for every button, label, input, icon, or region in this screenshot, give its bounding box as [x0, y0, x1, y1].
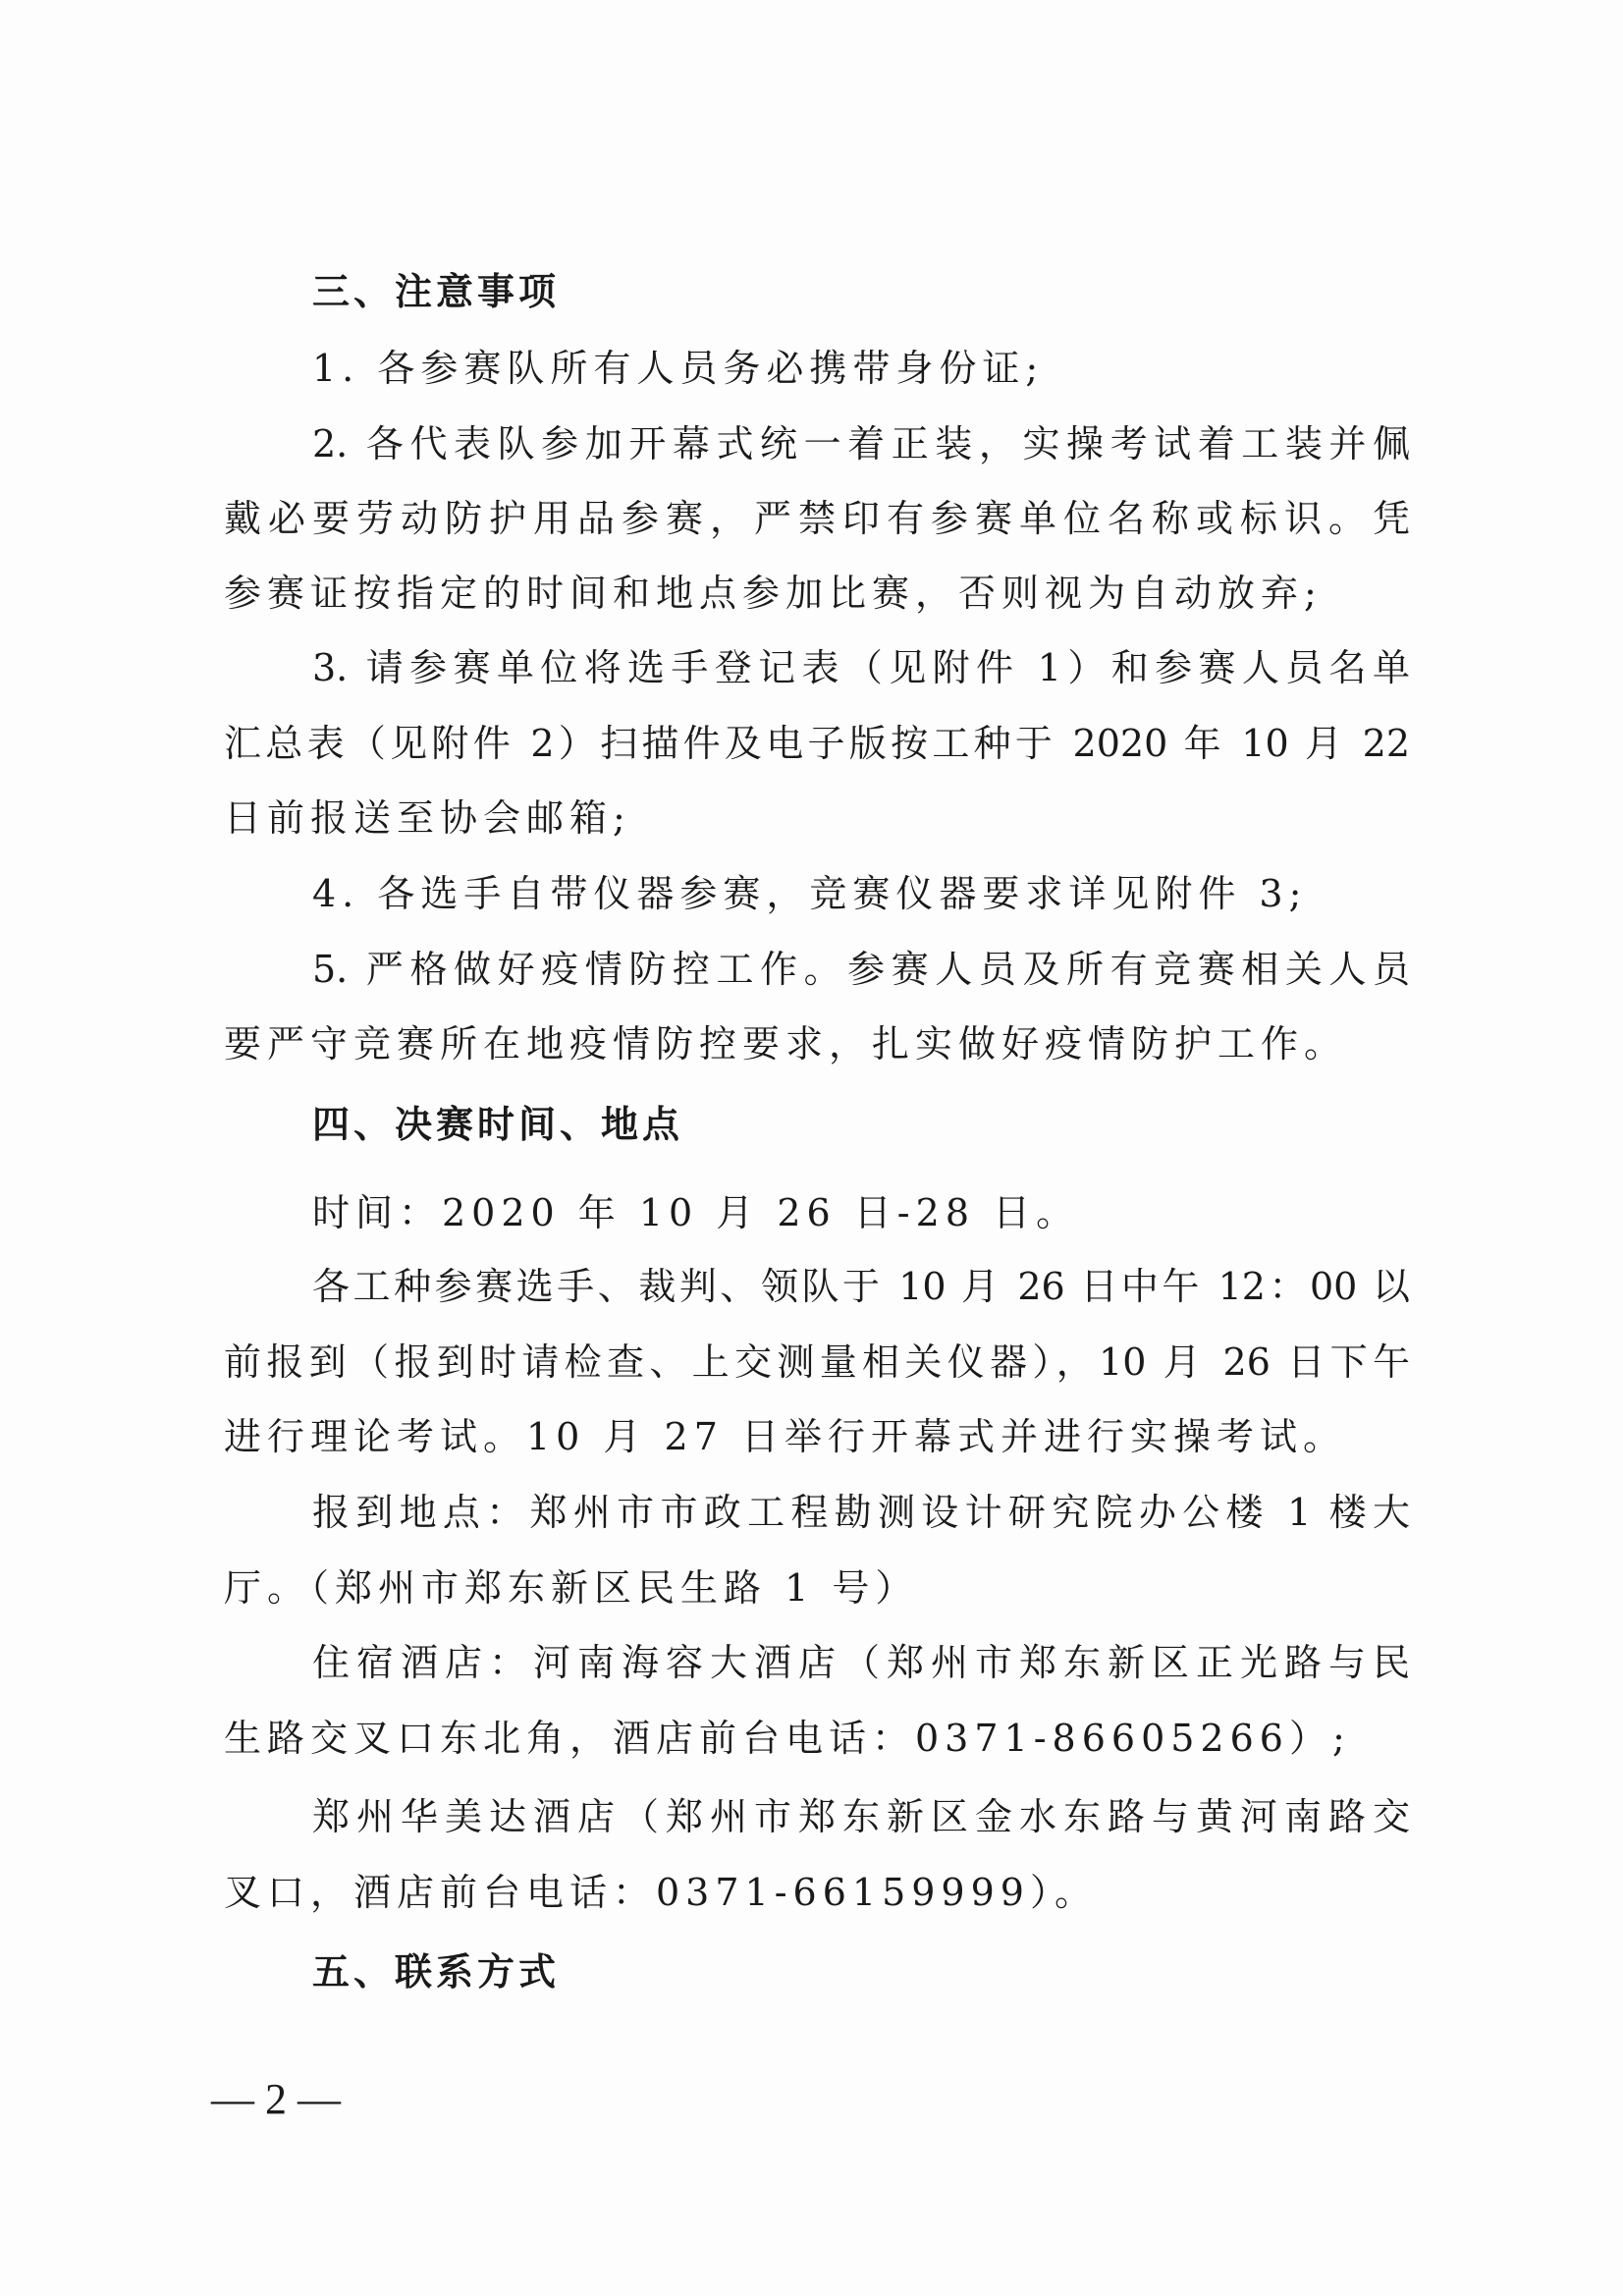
section-heading-contact: 五、联系方式 [312, 1947, 560, 1996]
paragraph-line: 报到地点：郑州市市政工程勘测设计研究院办公楼 1 楼大 [312, 1488, 1410, 1537]
paragraph-line: 2. 各代表队参加开幕式统一着正装，实操考试着工装并佩 [312, 419, 1410, 468]
paragraph-line: 戴必要劳动防护用品参赛，严禁印有参赛单位名称或标识。凭 [224, 494, 1410, 543]
paragraph-line: 时间：2020 年 10 月 26 日-28 日。 [312, 1188, 1079, 1237]
paragraph-line: 郑州华美达酒店（郑州市郑东新区金水东路与黄河南路交 [312, 1792, 1410, 1841]
section-heading-notes: 三、注意事项 [312, 267, 560, 316]
paragraph-line: 汇总表（见附件 2）扫描件及电子版按工种于 2020 年 10 月 22 [224, 719, 1410, 768]
paragraph-line: 参赛证按指定的时间和地点参加比赛，否则视为自动放弃; [224, 569, 1323, 618]
paragraph-line: 前报到（报到时请检查、上交测量相关仪器），10 月 26 日下午 [224, 1338, 1410, 1387]
section-heading-final-time-place: 四、决赛时间、地点 [312, 1100, 683, 1149]
paragraph-line: 3. 请参赛单位将选手登记表（见附件 1）和参赛人员名单 [312, 643, 1410, 692]
paragraph-line: 厅。（郑州市郑东新区民生路 1 号） [224, 1563, 918, 1613]
paragraph-line: 要严守竞赛所在地疫情防控要求，扎实做好疫情防护工作。 [224, 1019, 1347, 1068]
paragraph-line: 叉口，酒店前台电话：0371-66159999）。 [224, 1868, 1098, 1917]
document-page: 三、注意事项 1. 各参赛队所有人员务必携带身份证; 2. 各代表队参加开幕式统… [0, 0, 1623, 2296]
paragraph-line: 日前报送至协会邮箱; [224, 793, 631, 843]
paragraph-line: 4. 各选手自带仪器参赛，竞赛仪器要求详见附件 3; [312, 869, 1307, 918]
paragraph-line: 进行理论考试。10 月 27 日举行开幕式并进行实操考试。 [224, 1412, 1346, 1461]
page-number: — 2 — [211, 2074, 341, 2124]
paragraph-line: 各工种参赛选手、裁判、领队于 10 月 26 日中午 12：00 以 [312, 1262, 1410, 1311]
paragraph-line: 1. 各参赛队所有人员务必携带身份证; [312, 344, 1044, 393]
paragraph-line: 5. 严格做好疫情防控工作。参赛人员及所有竞赛相关人员 [312, 945, 1410, 994]
paragraph-line: 生路交叉口东北角，酒店前台电话：0371-86605266）; [224, 1714, 1351, 1763]
paragraph-line: 住宿酒店：河南海容大酒店（郑州市郑东新区正光路与民 [312, 1638, 1410, 1687]
